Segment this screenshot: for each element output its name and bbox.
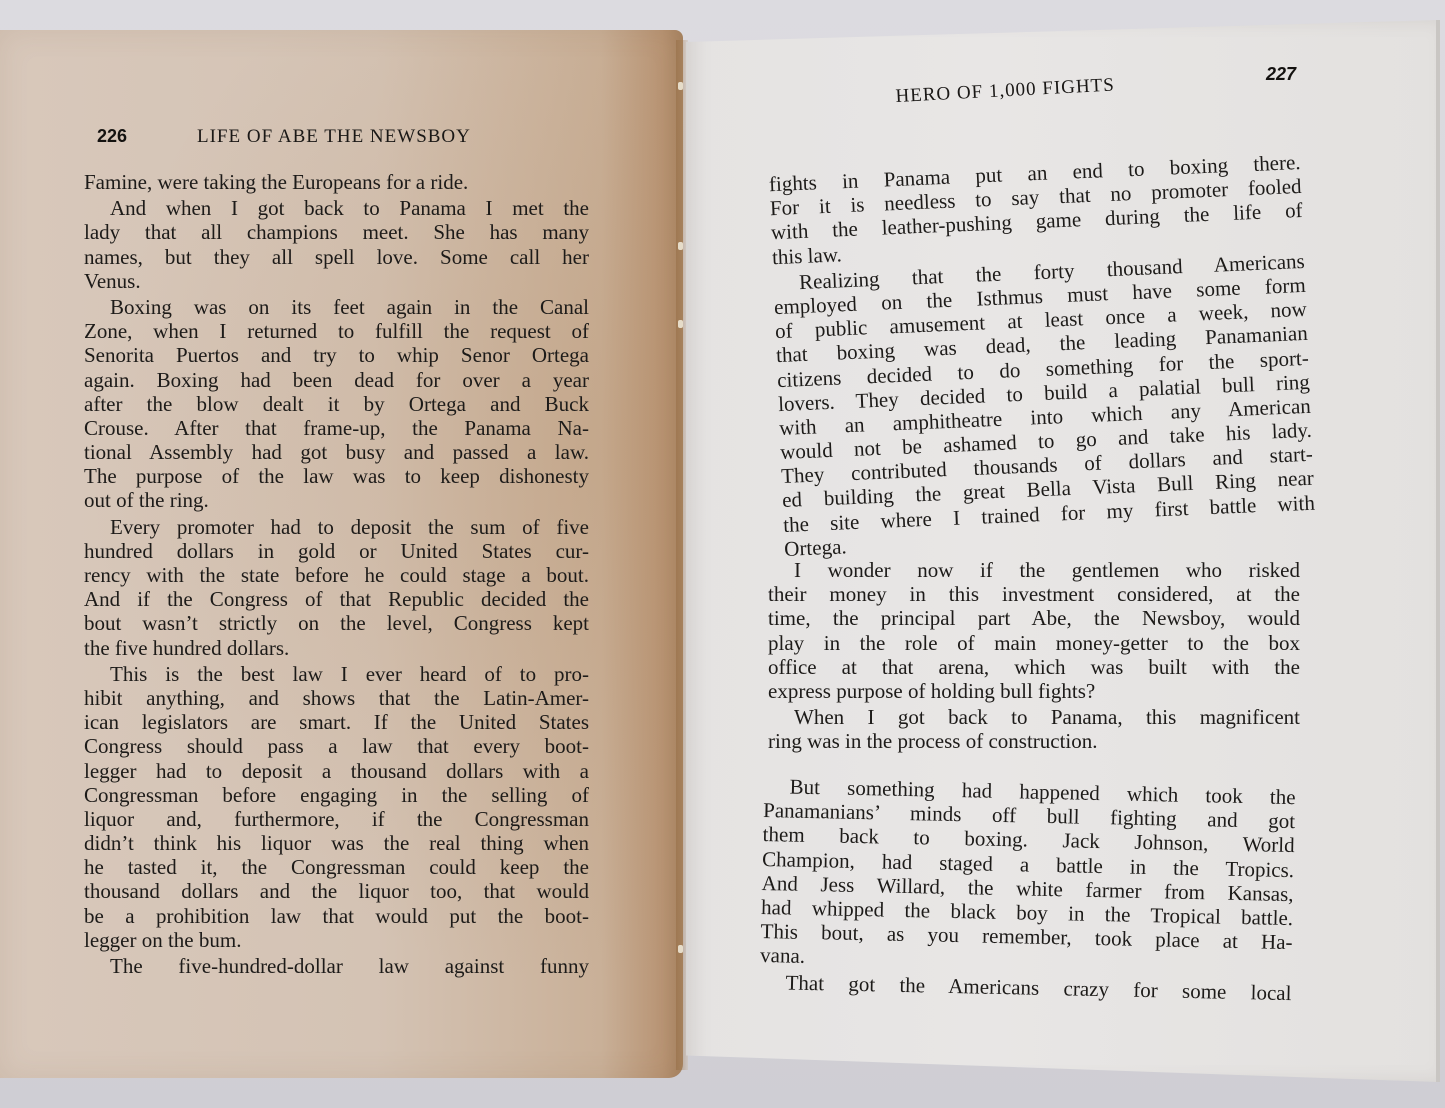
text-line: Boxing was on its feet again in the Cana… [84,295,589,319]
text-line: out of the ring. [84,488,589,512]
text-line: be a prohibition law that would put the … [84,904,589,928]
text-line: The purpose of the law was to keep disho… [84,464,589,488]
left-page-text: Famine, were taking the Europeans for a … [84,170,589,978]
right-page-text-upper: fights in Panama put an end to boxing th… [768,150,1316,561]
text-line: ring was in the process of construction. [768,729,1300,753]
text-line: Senorita Puertos and try to whip Senor O… [84,343,589,367]
text-line: When I got back to Panama, this magnific… [768,705,1300,729]
text-line: express purpose of holding bull fights? [768,679,1300,703]
binding-stitch [678,945,683,953]
text-line: Congressman before engaging in the selli… [84,783,589,807]
text-line: play in the role of main money-getter to… [768,631,1300,655]
binding-stitch [678,320,683,328]
right-page-number: 227 [1266,64,1296,85]
text-line: This is the best law I ever heard of to … [84,662,589,686]
text-line: thousand dollars and the liquor too, tha… [84,879,589,903]
text-line: Venus. [84,269,589,293]
text-line: hibit anything, and shows that the Latin… [84,686,589,710]
text-line: time, the principal part Abe, the Newsbo… [768,606,1300,630]
text-line: legger had to deposit a thousand dollars… [84,759,589,783]
text-line: liquor and, furthermore, if the Congress… [84,807,589,831]
text-line: again. Boxing had been dead for over a y… [84,368,589,392]
binding-stitch [678,242,683,250]
text-line: their money in this investment considere… [768,582,1300,606]
text-line: ican legislators are smart. If the Unite… [84,710,589,734]
text-line: tional Assembly had got busy and passed … [84,440,589,464]
text-line: I wonder now if the gentlemen who risked [768,558,1300,582]
right-page-text-middle: I wonder now if the gentlemen who risked… [768,556,1300,754]
text-line: didn’t think his liquor was the real thi… [84,831,589,855]
text-line: office at that arena, which was built wi… [768,655,1300,679]
text-line: names, but they all spell love. Some cal… [84,245,589,269]
binding-stitch [678,82,683,90]
text-line: The five-hundred-dollar law against funn… [84,954,589,978]
text-line: lady that all champions meet. She has ma… [84,220,589,244]
text-line: rency with the state before he could sta… [84,563,589,587]
left-running-head: LIFE OF ABE THE NEWSBOY [197,126,471,148]
text-line: hundred dollars in gold or United States… [84,539,589,563]
text-line: And when I got back to Panama I met the [84,196,589,220]
right-page-edge [1436,20,1440,1082]
text-line: Famine, were taking the Europeans for a … [84,170,589,194]
right-page-text-lower: But something had happened which took th… [759,772,1296,1005]
text-line: after the blow dealt it by Ortega and Bu… [84,392,589,416]
text-line: Every promoter had to deposit the sum of… [84,515,589,539]
left-page-number: 226 [97,126,127,147]
text-line: And if the Congress of that Republic dec… [84,587,589,611]
text-line: the five hundred dollars. [84,636,589,660]
text-line: legger on the bum. [84,928,589,952]
text-line: Zone, when I returned to fulfill the req… [84,319,589,343]
text-line: he tasted it, the Congressman could keep… [84,855,589,879]
text-line: Congress should pass a law that every bo… [84,734,589,758]
text-line: Crouse. After that frame-up, the Panama … [84,416,589,440]
text-line: bout wasn’t strictly on the level, Congr… [84,611,589,635]
